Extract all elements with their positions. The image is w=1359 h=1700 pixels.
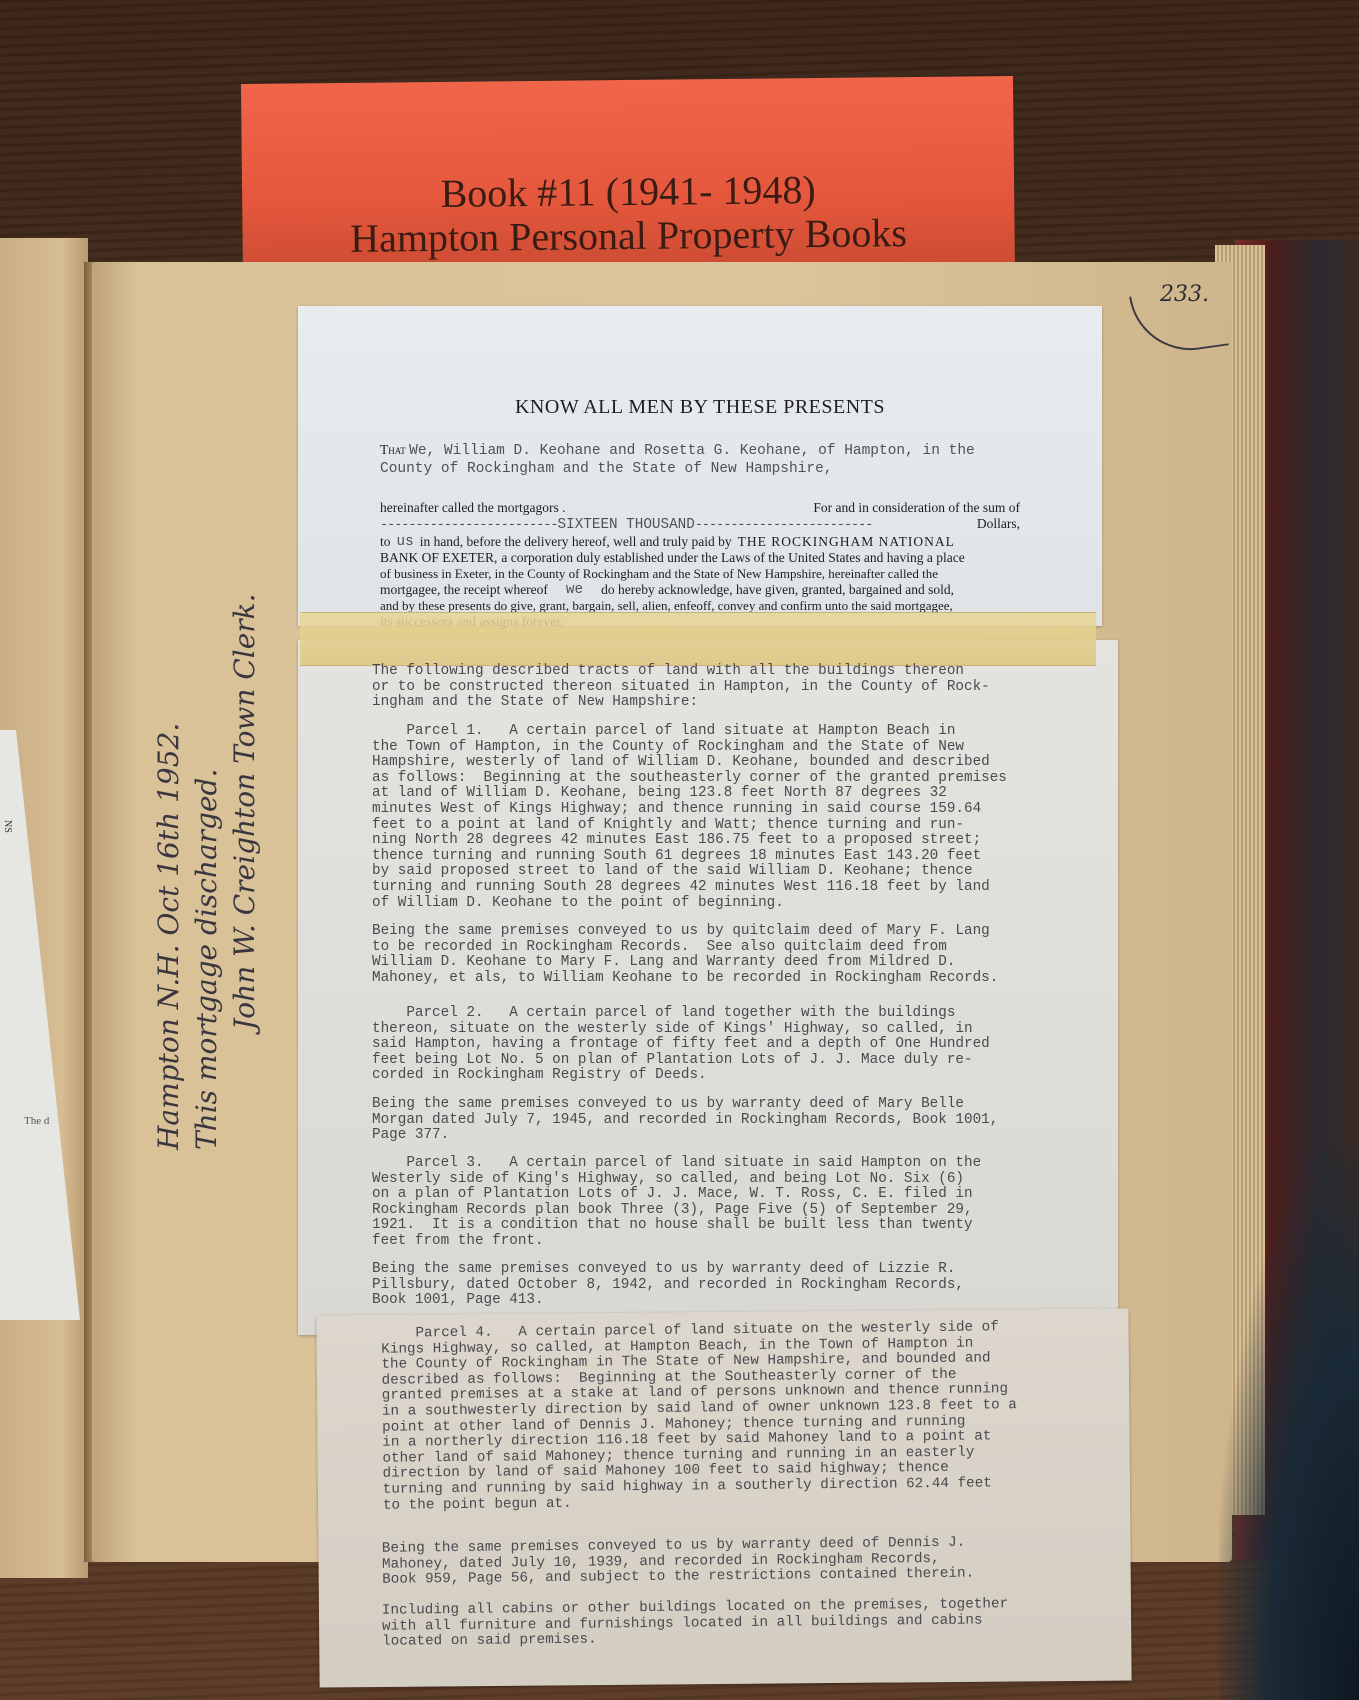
parcel-2-source: Being the same premises conveyed to us b…: [372, 1097, 1092, 1144]
grantors-block: That We, William D. Keohane and Rosetta …: [380, 442, 1010, 478]
dollars-label: Dollars,: [977, 516, 1020, 534]
parcel-1-source: Being the same premises conveyed to us b…: [372, 924, 1092, 986]
adhesive-tape-strip: [300, 612, 1096, 666]
margin-note-line3: John W. Creighton Town Clerk.: [226, 510, 264, 1150]
parcel-3-source: Being the same premises conveyed to us b…: [372, 1262, 1092, 1309]
including-furnishings: Including all cabins or other buildings …: [382, 1596, 1102, 1650]
that-label: That: [380, 442, 406, 457]
parcel-4-source: Being the same premises conveyed to us b…: [382, 1534, 1102, 1588]
amount-dashes-left: -------------------------: [380, 518, 558, 533]
insert-fragment-text: The d: [24, 1115, 49, 1127]
hereinafter-text: hereinafter called the mortgagors .: [380, 500, 566, 516]
corporation-text: a corporation duly established under the…: [501, 550, 964, 566]
tracts-intro: The following described tracts of land w…: [372, 664, 1092, 711]
mortgagee-text: mortgagee, the receipt whereof: [380, 582, 548, 598]
discharge-margin-note: Hampton N.H. Oct 16th 1952. This mortgag…: [150, 510, 264, 1150]
consideration-text: For and in consideration of the sum of: [813, 500, 1020, 516]
grantors-line1: We, William D. Keohane and Rosetta G. Ke…: [409, 443, 975, 459]
grantors-line2: County of Rockingham and the State of Ne…: [380, 461, 832, 477]
to-label: to: [380, 534, 391, 550]
to-typed-value: us: [397, 534, 414, 550]
parcel-4: Parcel 4. A certain parcel of land situa…: [381, 1319, 1103, 1514]
bank-name-part2: BANK OF EXETER,: [380, 550, 497, 566]
margin-note-line2: This mortgage discharged.: [188, 510, 226, 1150]
parcel-1: Parcel 1. A certain parcel of land situa…: [372, 724, 1092, 911]
margin-note-line1: Hampton N.H. Oct 16th 1952.: [150, 510, 188, 1150]
page-number: 233.: [1160, 282, 1209, 307]
we-typed-value: we: [566, 582, 583, 598]
amount-value: SIXTEEN THOUSAND: [558, 517, 695, 533]
insert-vertical-text: NS: [2, 820, 13, 833]
mortgage-form-header: KNOW ALL MEN BY THESE PRESENTS That We, …: [298, 306, 1102, 626]
parcel-2: Parcel 2. A certain parcel of land toget…: [372, 1006, 1092, 1084]
business-text: of business in Exeter, in the County of …: [380, 566, 938, 582]
parcel-3: Parcel 3. A certain parcel of land situa…: [372, 1156, 1092, 1250]
book-label-line2: Hampton Personal Property Books: [242, 208, 1014, 263]
paid-text: in hand, before the delivery hereof, wel…: [420, 534, 732, 550]
bank-name-part1: THE ROCKINGHAM NATIONAL: [738, 534, 955, 550]
photo-edge-shadow: [1219, 1150, 1359, 1700]
amount-dashes-right: -------------------------: [695, 518, 873, 533]
document-title: KNOW ALL MEN BY THESE PRESENTS: [298, 396, 1102, 419]
book-label-sheet: Book #11 (1941- 1948) Hampton Personal P…: [241, 76, 1015, 284]
acknowledge-text: do hereby acknowledge, have given, grant…: [601, 582, 954, 598]
consideration-block: hereinafter called the mortgagors . For …: [380, 486, 1020, 630]
